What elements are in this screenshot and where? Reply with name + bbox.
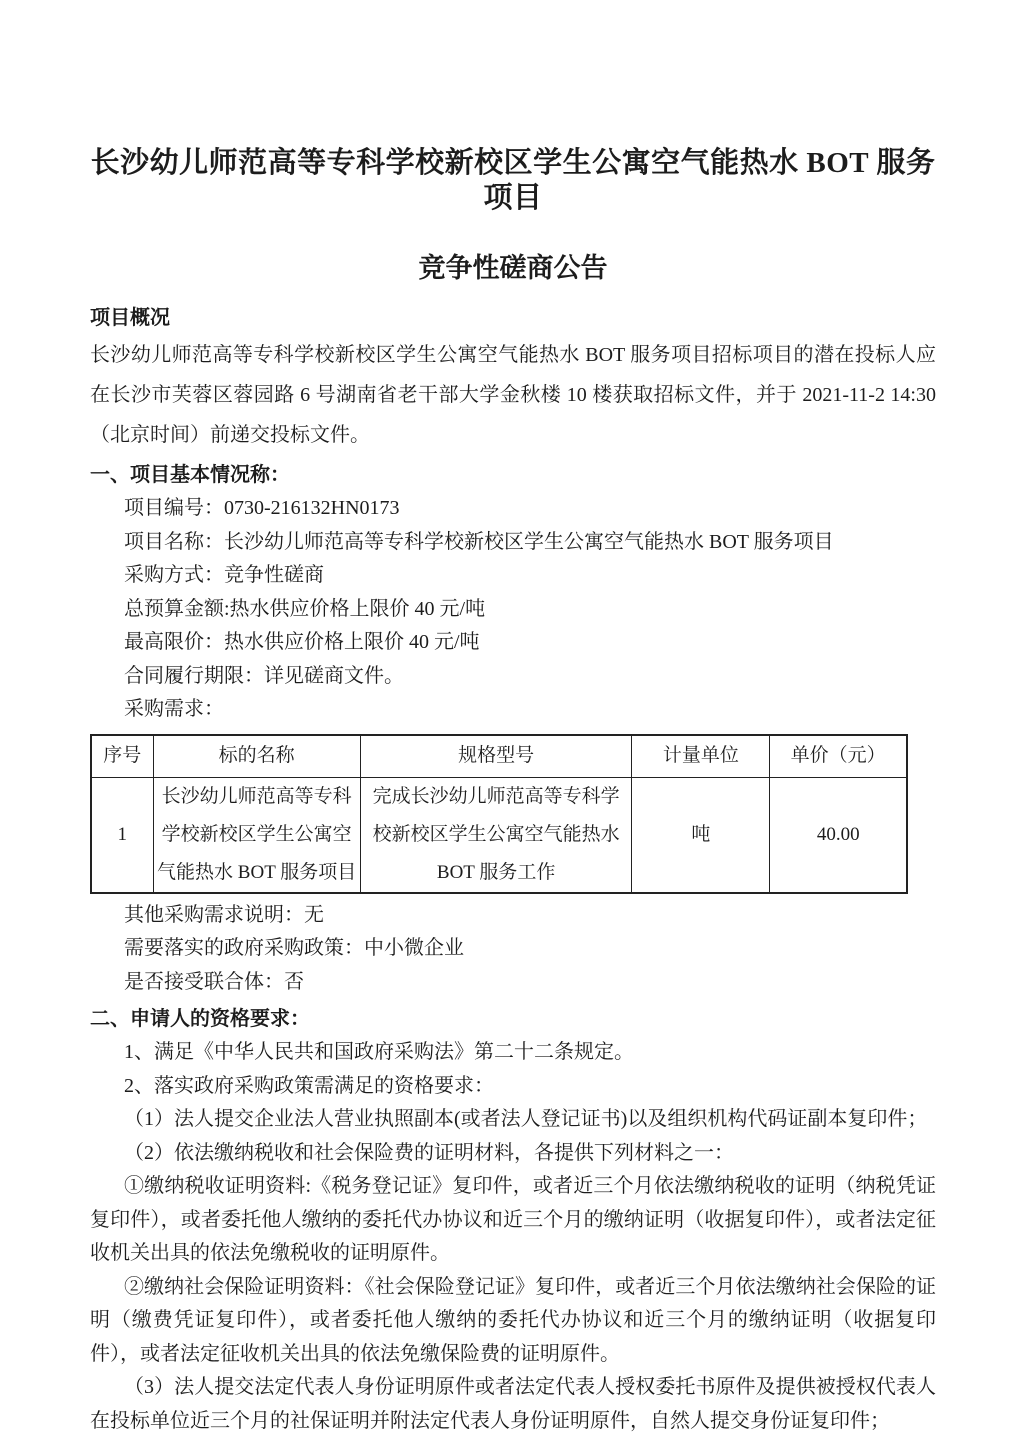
table-row: 1 长沙幼儿师范高等专科学校新校区学生公寓空气能热水 BOT 服务项目 完成长沙… xyxy=(91,777,907,893)
procurement-items-table: 序号 标的名称 规格型号 计量单位 单价（元） 1 长沙幼儿师范高等专科学校新校… xyxy=(90,734,908,894)
document-page: 长沙幼儿师范高等专科学校新校区学生公寓空气能热水 BOT 服务项目 竞争性磋商公… xyxy=(0,0,1024,1448)
project-number-line: 项目编号：0730-216132HN0173 xyxy=(90,492,936,526)
table-cell-unit: 吨 xyxy=(632,777,770,893)
qualification-item-1: 1、满足《中华人民共和国政府采购法》第二十二条规定。 xyxy=(90,1036,936,1070)
policy-line: 需要落实的政府采购政策：中小微企业 xyxy=(90,932,936,966)
project-name-line: 项目名称：长沙幼儿师范高等专科学校新校区学生公寓空气能热水 BOT 服务项目 xyxy=(90,526,936,560)
other-demand-line: 其他采购需求说明：无 xyxy=(90,899,936,933)
table-cell-price: 40.00 xyxy=(770,777,907,893)
section1-heading: 一、项目基本情况称： xyxy=(90,459,936,492)
qualification-item-2-1: （1）法人提交企业法人营业执照副本(或者法人登记证书)以及组织机构代码证副本复印… xyxy=(90,1103,936,1137)
document-title: 长沙幼儿师范高等专科学校新校区学生公寓空气能热水 BOT 服务项目 xyxy=(90,146,936,216)
qualification-item-2-2: （2）依法缴纳税收和社会保险费的证明材料，各提供下列材料之一： xyxy=(90,1137,936,1171)
total-budget-line: 总预算金额:热水供应价格上限价 40 元/吨 xyxy=(90,593,936,627)
qualification-item-2: 2、落实政府采购政策需满足的资格要求： xyxy=(90,1070,936,1104)
table-cell-seq: 1 xyxy=(91,777,153,893)
social-insurance-paragraph: ②缴纳社会保险证明资料：《社会保险登记证》复印件，或者近三个月依法缴纳社会保险的… xyxy=(90,1271,936,1372)
max-price-line: 最高限价：热水供应价格上限价 40 元/吨 xyxy=(90,626,936,660)
overview-heading: 项目概况 xyxy=(90,302,936,335)
contract-period-line: 合同履行期限：详见磋商文件。 xyxy=(90,660,936,694)
table-header-seq: 序号 xyxy=(91,735,153,778)
table-cell-spec: 完成长沙幼儿师范高等专科学校新校区学生公寓空气能热水 BOT 服务工作 xyxy=(360,777,632,893)
qualification-item-2-3: （3）法人提交法定代表人身份证明原件或者法定代表人授权委托书原件及提供被授权代表… xyxy=(90,1371,936,1438)
document-subtitle: 竞争性磋商公告 xyxy=(90,252,936,285)
table-cell-name: 长沙幼儿师范高等专科学校新校区学生公寓空气能热水 BOT 服务项目 xyxy=(153,777,360,893)
procurement-method-line: 采购方式：竞争性磋商 xyxy=(90,559,936,593)
procurement-demand-line: 采购需求： xyxy=(90,693,936,727)
overview-paragraph: 长沙幼儿师范高等专科学校新校区学生公寓空气能热水 BOT 服务项目招标项目的潜在… xyxy=(90,335,936,455)
table-header-price: 单价（元） xyxy=(770,735,907,778)
section2-heading: 二、申请人的资格要求： xyxy=(90,1003,936,1036)
tax-proof-paragraph: ①缴纳税收证明资料:《税务登记证》复印件，或者近三个月依法缴纳税收的证明（纳税凭… xyxy=(90,1170,936,1271)
table-header-row: 序号 标的名称 规格型号 计量单位 单价（元） xyxy=(91,735,907,778)
consortium-line: 是否接受联合体：否 xyxy=(90,966,936,1000)
table-header-spec: 规格型号 xyxy=(360,735,632,778)
table-header-unit: 计量单位 xyxy=(632,735,770,778)
table-header-name: 标的名称 xyxy=(153,735,360,778)
